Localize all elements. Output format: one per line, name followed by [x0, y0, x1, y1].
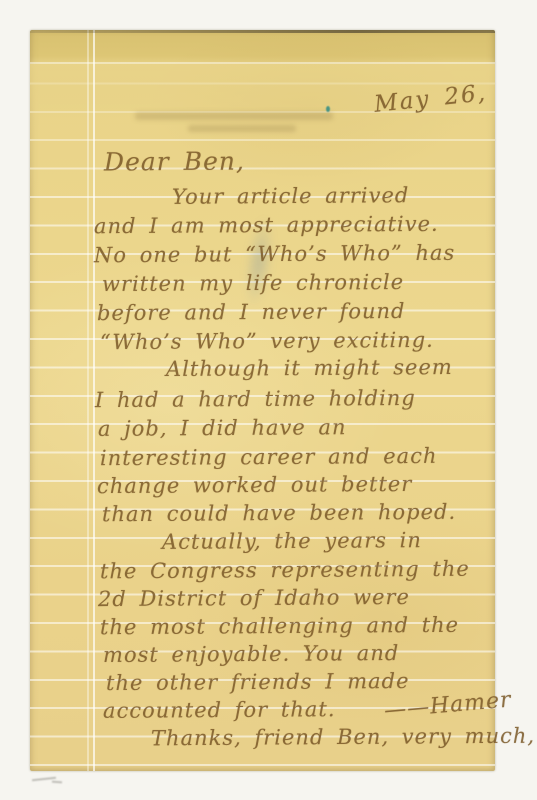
letter-line: before and I never found [97, 299, 406, 325]
handwriting-layer: May 26, Dear Ben,Your article arrivedand… [0, 0, 537, 800]
letter-line: Dear Ben, [104, 147, 245, 177]
letter-line: written my life chronicle [102, 270, 404, 296]
letter-line: 2d District of Idaho were [98, 585, 410, 611]
letter-line: I had a hard time holding [95, 386, 416, 412]
letter-line: most enjoyable. You and [103, 641, 399, 667]
letter-line: change worked out better [97, 472, 412, 498]
letter-line: Although it might seem [166, 355, 453, 381]
letter-line: Your article arrived [172, 183, 409, 209]
letter-line: Actually, the years in [162, 528, 422, 554]
letter-line: the most challenging and the [100, 613, 459, 640]
letter-line: Thanks, friend Ben, very much, [151, 724, 535, 751]
letter-line: the other friends I made [106, 669, 410, 695]
letter-line: than could have been hoped. [102, 500, 456, 526]
letter-line: “Who’s Who” very exciting. [100, 328, 434, 354]
letter-line: interesting career and each [100, 444, 438, 470]
letter-date: May 26, [373, 80, 488, 118]
letter-line: accounted for that. [103, 697, 336, 723]
letter-line: a job, I did have an [98, 415, 347, 441]
scanned-letter: May 26, Dear Ben,Your article arrivedand… [0, 0, 537, 800]
letter-line: and I am most appreciative. [94, 212, 439, 238]
letter-line: the Congress representing the [100, 557, 470, 584]
letter-line: No one but “Who’s Who” has [94, 241, 455, 268]
